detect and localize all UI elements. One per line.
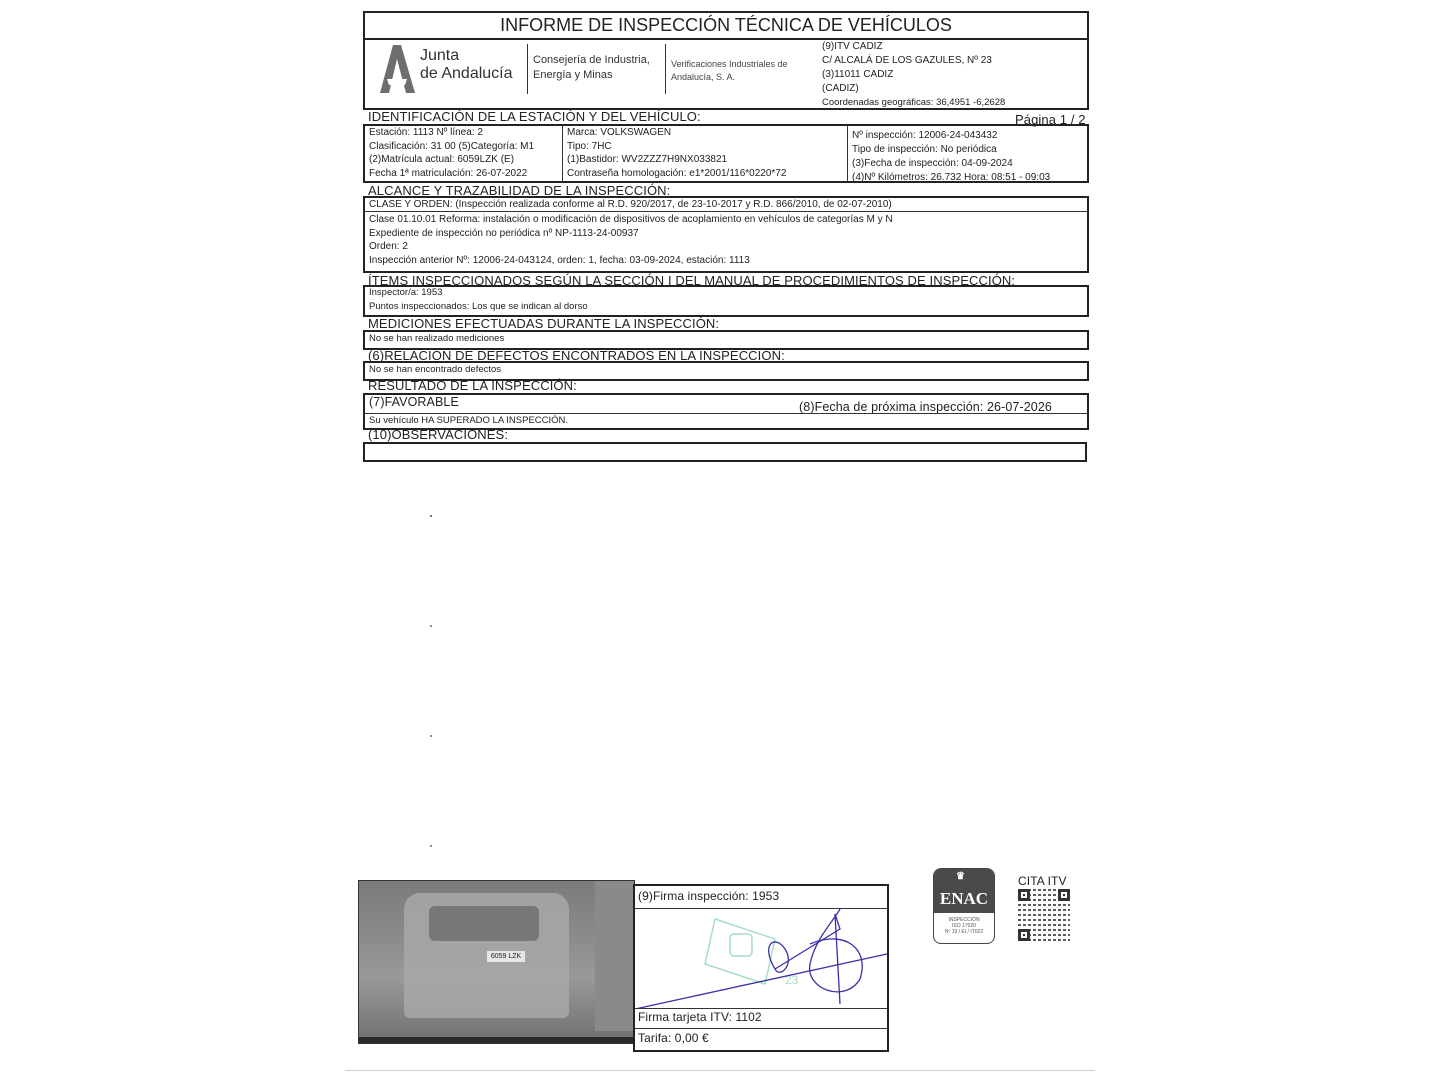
id-col2-line: (1)Bastidor: WV2ZZZ7H9NX033821 <box>567 154 727 165</box>
station-name: (9)ITV CADIZ <box>822 40 1005 54</box>
consejeria-text: Consejería de Industria, Energía y Minas <box>533 53 650 83</box>
enac-details: INSPECCIÓN ISO 17020 Nº 19 / EI / IT022 <box>934 913 994 935</box>
measurements-box: No se han realizado mediciones <box>363 330 1089 350</box>
scan-speck <box>430 845 432 847</box>
defects-text: No se han encontrado defectos <box>369 364 501 375</box>
enac-top: ♛ ENAC <box>934 869 994 913</box>
id-col2-line: Marca: VOLKSWAGEN <box>567 127 671 138</box>
header-divider-2 <box>665 44 666 94</box>
header-divider-1 <box>527 44 528 94</box>
clase-orden-text: CLASE Y ORDEN: (Inspección realizada con… <box>369 199 892 210</box>
tariff: Tarifa: 0,00 € <box>638 1031 709 1045</box>
verificaciones-line1: Verificaciones Industriales de <box>671 58 788 71</box>
enac-accreditation-logo: ♛ ENAC INSPECCIÓN ISO 17020 Nº 19 / EI /… <box>933 868 995 944</box>
verificaciones-line2: Andalucía, S. A. <box>671 71 788 84</box>
enac-line3: Nº 19 / EI / IT022 <box>934 929 994 935</box>
items-box: Inspector/a: 1953 Puntos inspeccionados:… <box>363 285 1089 317</box>
signature-box: (9)Firma inspección: 1953 23 Firma tarje… <box>633 884 889 1052</box>
id-col-divider-2 <box>847 126 848 181</box>
station-coordinates: Coordenadas geográficas: 36,4951 -6,2628 <box>822 96 1005 110</box>
station-street: C/ ALCALÁ DE LOS GAZULES, Nº 23 <box>822 54 1005 68</box>
station-postal: (3)11011 CADIZ <box>822 68 1005 82</box>
scope-divider <box>365 211 1087 212</box>
junta-andalucia-logo-icon <box>379 45 415 93</box>
qr-finder <box>1018 929 1030 941</box>
result-message: Su vehículo HA SUPERADO LA INSPECCIÓN. <box>369 415 568 426</box>
result-verdict: (7)FAVORABLE <box>369 395 459 409</box>
id-col3-line: Tipo de inspección: No periódica <box>852 144 997 155</box>
id-col3-line: Nº inspección: 12006-24-043432 <box>852 130 997 141</box>
id-col3-line: (3)Fecha de inspección: 04-09-2024 <box>852 158 1013 169</box>
scope-line: Clase 01.10.01 Reforma: instalación o mo… <box>369 214 893 225</box>
id-col1-line: Fecha 1ª matriculación: 26-07-2022 <box>369 168 527 179</box>
sig-divider-2 <box>635 1008 887 1009</box>
scope-line: Orden: 2 <box>369 241 408 252</box>
scope-line: Expediente de inspección no periódica nº… <box>369 228 639 239</box>
scope-box: CLASE Y ORDEN: (Inspección realizada con… <box>363 196 1089 273</box>
itv-card-signature: Firma tarjeta ITV: 1102 <box>638 1010 762 1024</box>
id-col3-line: (4)Nº Kilómetros: 26.732 Hora: 08:51 - 0… <box>852 172 1050 183</box>
station-province: (CADIZ) <box>822 82 1005 96</box>
id-col1-line: Estación: 1113 Nº línea: 2 <box>369 127 483 138</box>
qr-code-icon[interactable] <box>1018 889 1070 941</box>
scan-speck <box>430 625 432 627</box>
scan-speck <box>430 515 432 517</box>
qr-finder <box>1018 889 1030 901</box>
scan-speck <box>430 735 432 737</box>
observations-title: (10)OBSERVACIONES: <box>368 427 508 442</box>
qr-finder <box>1058 889 1070 901</box>
junta-logo-text: Junta de Andalucía <box>420 47 513 83</box>
result-divider <box>365 413 1087 414</box>
id-col-divider-1 <box>562 126 563 181</box>
measurements-text: No se han realizado mediciones <box>369 333 504 344</box>
background-pillar <box>595 881 635 1031</box>
id-col2-line: Tipo: 7HC <box>567 141 612 152</box>
consejeria-line2: Energía y Minas <box>533 68 650 83</box>
signature-label: (9)Firma inspección: 1953 <box>638 889 779 903</box>
measurements-title: MEDICIONES EFECTUADAS DURANTE LA INSPECC… <box>368 316 719 331</box>
next-inspection-date: (8)Fecha de próxima inspección: 26-07-20… <box>799 400 1052 414</box>
photo-timestamp-strip <box>359 1037 634 1043</box>
vehicle-rear-window <box>429 906 539 941</box>
logo-line2: de Andalucía <box>420 65 513 83</box>
id-col2-line: Contraseña homologación: e1*2001/116*022… <box>567 168 786 179</box>
report-title: INFORME DE INSPECCIÓN TÉCNICA DE VEHÍCUL… <box>365 15 1087 36</box>
license-plate: 6059 LZK <box>487 951 525 962</box>
id-col1-line: Clasificación: 31 00 (5)Categoría: M1 <box>369 141 534 152</box>
logo-line1: Junta <box>420 47 513 65</box>
identification-box: Estación: 1113 Nº línea: 2 Clasificación… <box>363 124 1089 183</box>
page-bottom-rule <box>345 1070 1095 1071</box>
signature-stamp-icon: 23 <box>635 909 887 1009</box>
inspected-points-text: Puntos inspeccionados: Los que se indica… <box>369 301 588 312</box>
observations-box <box>363 442 1087 462</box>
qr-label: CITA ITV <box>1018 874 1067 888</box>
report-header: INFORME DE INSPECCIÓN TÉCNICA DE VEHÍCUL… <box>363 11 1089 110</box>
id-col1-line: (2)Matrícula actual: 6059LZK (E) <box>369 154 514 165</box>
sig-divider-3 <box>635 1028 887 1029</box>
consejeria-line1: Consejería de Industria, <box>533 53 650 68</box>
identification-title: IDENTIFICACIÓN DE LA ESTACIÓN Y DEL VEHÍ… <box>368 109 701 124</box>
vehicle-photo: 6059 LZK <box>358 880 635 1044</box>
result-box: (7)FAVORABLE (8)Fecha de próxima inspecc… <box>363 393 1089 430</box>
verificaciones-text: Verificaciones Industriales de Andalucía… <box>671 58 788 84</box>
station-address: (9)ITV CADIZ C/ ALCALÁ DE LOS GAZULES, N… <box>822 40 1005 110</box>
result-title: RESULTADO DE LA INSPECCIÓN: <box>368 378 577 393</box>
crown-icon: ♛ <box>956 872 965 882</box>
scope-line: Inspección anterior Nº: 12006-24-043124,… <box>369 255 750 266</box>
inspector-text: Inspector/a: 1953 <box>369 287 442 298</box>
enac-name: ENAC <box>940 889 988 908</box>
